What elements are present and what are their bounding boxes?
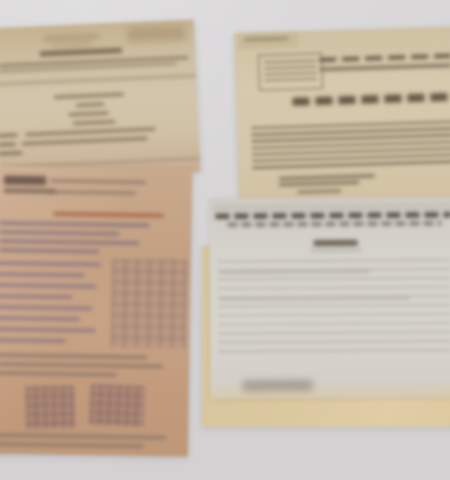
text-row [0, 231, 119, 236]
margin-label [0, 143, 16, 147]
photo-layer [0, 0, 450, 480]
list-entry [25, 127, 155, 136]
list-entry [22, 137, 148, 145]
bottom-fade [211, 379, 450, 399]
stamp-block-right [90, 384, 146, 426]
coupon-grid [111, 259, 186, 348]
header-subtitle-row [227, 221, 441, 226]
document-top-right [234, 26, 450, 209]
form-field-box [258, 53, 323, 91]
paragraph-block [251, 121, 450, 173]
text-row [0, 354, 147, 359]
top-rule [213, 204, 450, 207]
list-entry [54, 93, 124, 99]
text-row [0, 240, 139, 245]
document-bottom-left [0, 165, 192, 456]
document-bottom-right [209, 197, 450, 399]
text-row [0, 443, 144, 448]
text-row [0, 338, 66, 342]
faint-heading-smudge [43, 34, 99, 41]
accent-rule [53, 212, 163, 217]
stamp-block-left [26, 386, 75, 429]
header-bold-line [319, 54, 450, 62]
photo-scene [0, 0, 450, 480]
text-row [0, 222, 149, 227]
form-title-line [40, 48, 122, 57]
margin-label [0, 151, 22, 155]
leader-line [48, 190, 136, 194]
text-row [0, 316, 80, 320]
list-entry [76, 103, 104, 107]
text-row [0, 305, 92, 310]
document-top-left [0, 20, 200, 181]
centered-word-underline [310, 250, 362, 252]
indented-line [279, 174, 375, 180]
list-entry [69, 111, 109, 116]
indented-line [279, 181, 359, 186]
text-row [0, 261, 101, 266]
faint-ruled-rows [218, 259, 450, 359]
header-title-row [215, 212, 450, 219]
header-rule-line [319, 64, 450, 71]
centered-word [314, 240, 358, 246]
text-row [0, 327, 96, 332]
small-centered-line [297, 189, 341, 193]
horizontal-rule [0, 75, 196, 85]
leader-line [50, 179, 146, 183]
text-row [0, 363, 163, 369]
text-row [0, 283, 96, 288]
card-title-block [4, 176, 46, 186]
text-row [0, 249, 99, 254]
top-rule [213, 208, 450, 211]
text-row [0, 372, 117, 377]
text-row [0, 272, 85, 276]
corner-stamp-smudge [127, 25, 186, 43]
list-entry [73, 120, 115, 125]
text-row [0, 294, 72, 298]
margin-label [0, 133, 18, 137]
text-row [0, 434, 166, 440]
faint-subheading-smudge [52, 42, 92, 47]
main-heading [292, 93, 450, 106]
